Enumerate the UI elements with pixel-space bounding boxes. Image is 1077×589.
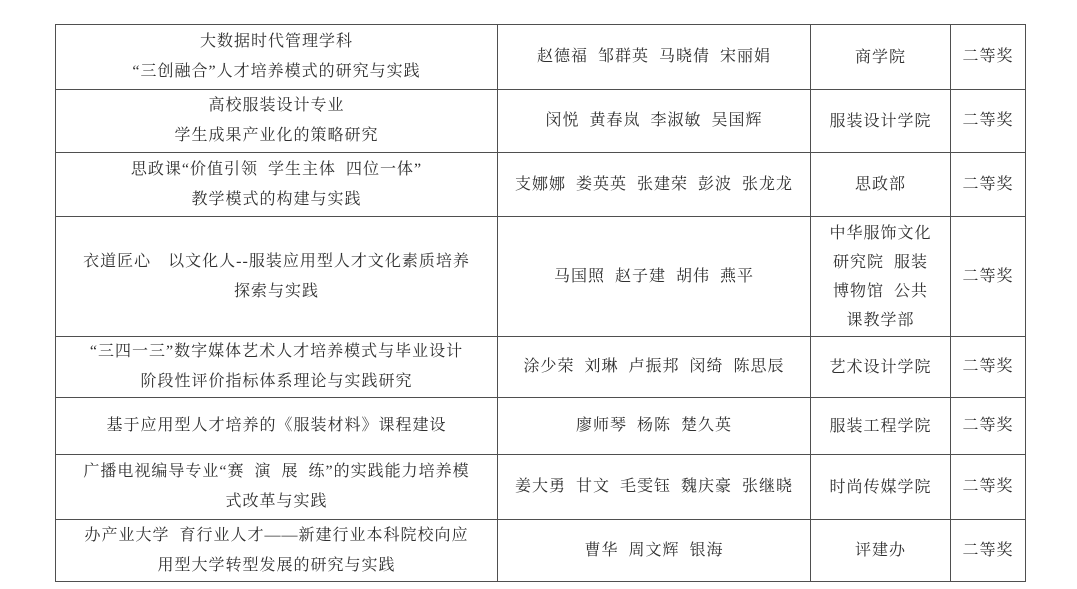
authors-cell: 支娜娜 娄英英 张建荣 彭波 张龙龙: [498, 153, 811, 217]
award-cell: 二等奖: [951, 90, 1026, 153]
award-cell: 二等奖: [951, 398, 1026, 455]
department-line: 艺术设计学院: [815, 353, 946, 382]
project-title-line: 大数据时代管理学科: [60, 27, 493, 57]
department-line: 商学院: [815, 43, 946, 72]
authors-cell: 闵悦 黄春岚 李淑敏 吴国辉: [498, 90, 811, 153]
project-title-line: 探索与实践: [60, 277, 493, 307]
authors-cell: 涂少荣 刘琳 卢振邦 闵绮 陈思辰: [498, 337, 811, 398]
award-cell: 二等奖: [951, 455, 1026, 520]
table-row: 思政课“价值引领 学生主体 四位一体” 教学模式的构建与实践 支娜娜 娄英英 张…: [56, 153, 1026, 217]
table-row: 高校服装设计专业 学生成果产业化的策略研究 闵悦 黄春岚 李淑敏 吴国辉 服装设…: [56, 90, 1026, 153]
project-title-cell: 高校服装设计专业 学生成果产业化的策略研究: [56, 90, 498, 153]
project-title-line: 学生成果产业化的策略研究: [60, 121, 493, 151]
project-title-cell: 基于应用型人才培养的《服装材料》课程建设: [56, 398, 498, 455]
department-line: 服装工程学院: [815, 412, 946, 441]
department-cell: 艺术设计学院: [811, 337, 951, 398]
department-line: 评建办: [815, 536, 946, 565]
authors-cell: 廖师琴 杨陈 楚久英: [498, 398, 811, 455]
project-title-cell: 衣道匠心 以文化人--服装应用型人才文化素质培养 探索与实践: [56, 217, 498, 337]
award-cell: 二等奖: [951, 337, 1026, 398]
department-line: 服装设计学院: [815, 107, 946, 136]
project-title-line: “三创融合”人才培养模式的研究与实践: [60, 57, 493, 87]
project-title-line: 教学模式的构建与实践: [60, 185, 493, 215]
department-cell: 中华服饰文化 研究院 服装 博物馆 公共 课教学部: [811, 217, 951, 337]
department-line: 课教学部: [815, 306, 946, 335]
department-cell: 商学院: [811, 25, 951, 90]
table-row: 广播电视编导专业“赛 演 展 练”的实践能力培养模 式改革与实践 姜大勇 甘文 …: [56, 455, 1026, 520]
project-title-cell: 广播电视编导专业“赛 演 展 练”的实践能力培养模 式改革与实践: [56, 455, 498, 520]
department-cell: 服装设计学院: [811, 90, 951, 153]
award-cell: 二等奖: [951, 217, 1026, 337]
award-cell: 二等奖: [951, 153, 1026, 217]
document-page: 大数据时代管理学科 “三创融合”人才培养模式的研究与实践 赵德福 邹群英 马晓倩…: [0, 0, 1077, 589]
department-line: 博物馆 公共: [815, 277, 946, 306]
project-title-line: 思政课“价值引领 学生主体 四位一体”: [60, 155, 493, 185]
project-title-line: 高校服装设计专业: [60, 91, 493, 121]
table-row: 衣道匠心 以文化人--服装应用型人才文化素质培养 探索与实践 马国照 赵子建 胡…: [56, 217, 1026, 337]
authors-cell: 马国照 赵子建 胡伟 燕平: [498, 217, 811, 337]
awards-table: 大数据时代管理学科 “三创融合”人才培养模式的研究与实践 赵德福 邹群英 马晓倩…: [55, 24, 1026, 582]
project-title-cell: 办产业大学 育行业人才——新建行业本科院校向应 用型大学转型发展的研究与实践: [56, 520, 498, 582]
project-title-line: 用型大学转型发展的研究与实践: [60, 551, 493, 581]
project-title-line: 广播电视编导专业“赛 演 展 练”的实践能力培养模: [60, 457, 493, 487]
department-cell: 时尚传媒学院: [811, 455, 951, 520]
project-title-line: 办产业大学 育行业人才——新建行业本科院校向应: [60, 521, 493, 551]
project-title-cell: “三四一三”数字媒体艺术人才培养模式与毕业设计 阶段性评价指标体系理论与实践研究: [56, 337, 498, 398]
table-row: “三四一三”数字媒体艺术人才培养模式与毕业设计 阶段性评价指标体系理论与实践研究…: [56, 337, 1026, 398]
project-title-line: 衣道匠心 以文化人--服装应用型人才文化素质培养: [60, 247, 493, 277]
department-cell: 服装工程学院: [811, 398, 951, 455]
authors-cell: 姜大勇 甘文 毛雯钰 魏庆豪 张继晓: [498, 455, 811, 520]
table-row: 基于应用型人才培养的《服装材料》课程建设 廖师琴 杨陈 楚久英 服装工程学院 二…: [56, 398, 1026, 455]
table-row: 办产业大学 育行业人才——新建行业本科院校向应 用型大学转型发展的研究与实践 曹…: [56, 520, 1026, 582]
project-title-cell: 思政课“价值引领 学生主体 四位一体” 教学模式的构建与实践: [56, 153, 498, 217]
department-cell: 评建办: [811, 520, 951, 582]
department-line: 时尚传媒学院: [815, 473, 946, 502]
department-line: 中华服饰文化: [815, 219, 946, 248]
award-cell: 二等奖: [951, 520, 1026, 582]
awards-table-body: 大数据时代管理学科 “三创融合”人才培养模式的研究与实践 赵德福 邹群英 马晓倩…: [56, 25, 1026, 582]
project-title-line: 阶段性评价指标体系理论与实践研究: [60, 367, 493, 397]
project-title-line: 基于应用型人才培养的《服装材料》课程建设: [60, 411, 493, 441]
department-line: 思政部: [815, 170, 946, 199]
project-title-cell: 大数据时代管理学科 “三创融合”人才培养模式的研究与实践: [56, 25, 498, 90]
authors-cell: 赵德福 邹群英 马晓倩 宋丽娟: [498, 25, 811, 90]
authors-cell: 曹华 周文辉 银海: [498, 520, 811, 582]
project-title-line: “三四一三”数字媒体艺术人才培养模式与毕业设计: [60, 337, 493, 367]
table-row: 大数据时代管理学科 “三创融合”人才培养模式的研究与实践 赵德福 邹群英 马晓倩…: [56, 25, 1026, 90]
project-title-line: 式改革与实践: [60, 487, 493, 517]
department-cell: 思政部: [811, 153, 951, 217]
award-cell: 二等奖: [951, 25, 1026, 90]
department-line: 研究院 服装: [815, 248, 946, 277]
